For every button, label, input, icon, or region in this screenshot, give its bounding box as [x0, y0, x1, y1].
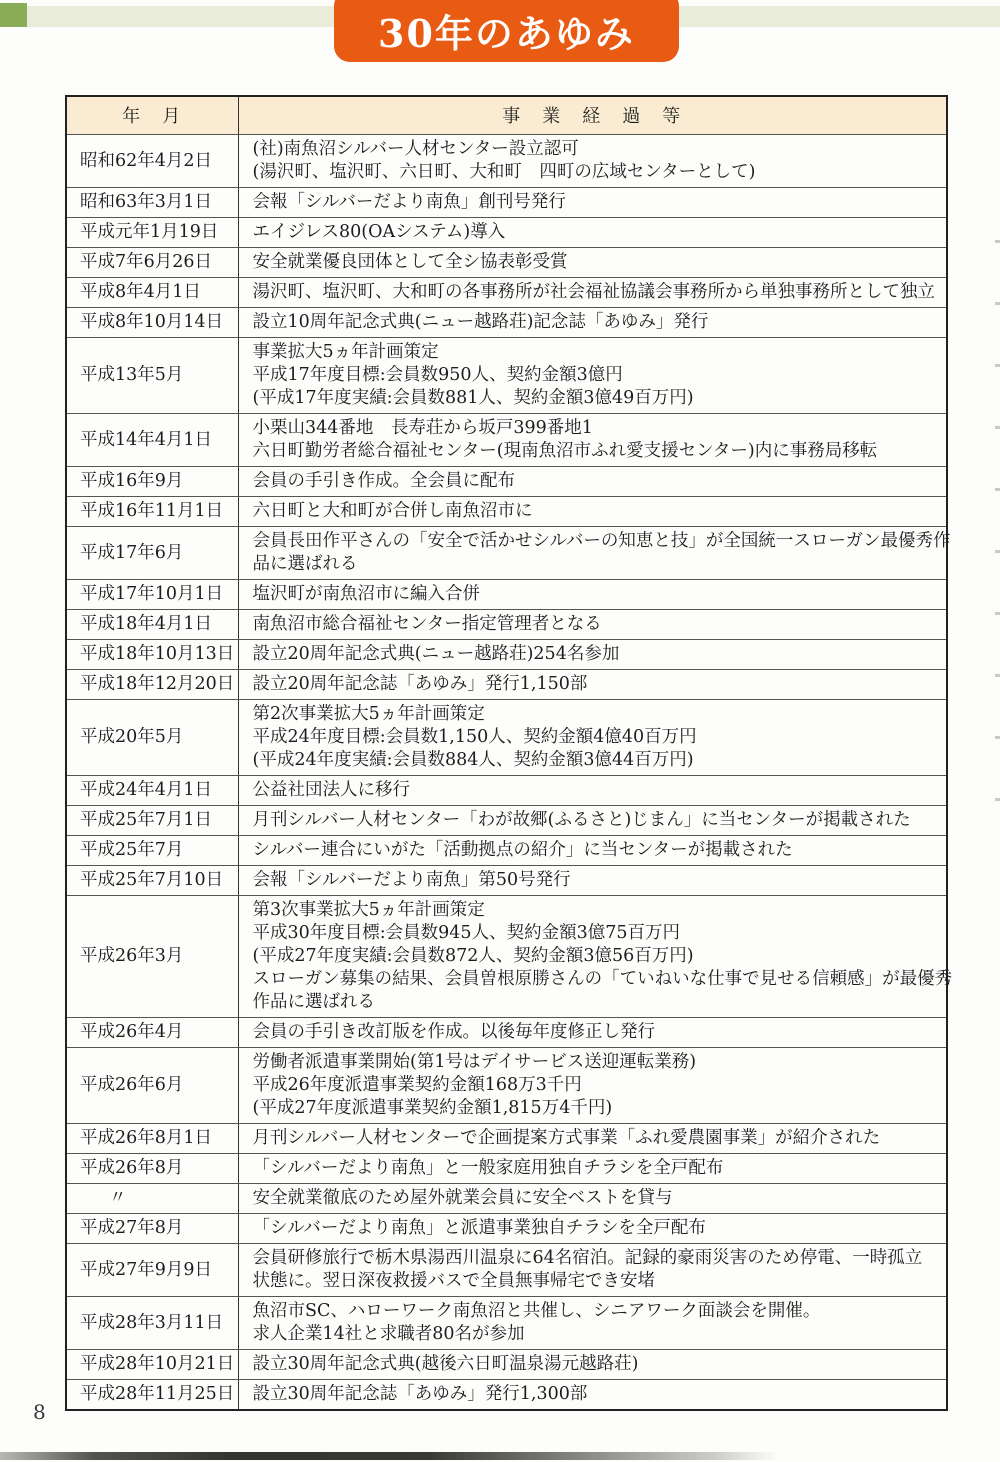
- table-row: 平成13年5月事業拡大5ヵ年計画策定平成17年度目標:会員数950人、契約金額3…: [66, 338, 947, 414]
- event-line: 会員の手引き作成。全会員に配布: [253, 470, 941, 493]
- date-cell: 平成17年6月: [66, 527, 238, 580]
- date-cell: 平成7年6月26日: [66, 248, 238, 278]
- history-table: 年 月 事 業 経 過 等 昭和62年4月2日(社)南魚沼シルバー人材センター設…: [65, 95, 948, 1411]
- event-cell: 月刊シルバー人材センターで企画提案方式事業「ふれ愛農園事業」が紹介された: [238, 1124, 947, 1154]
- event-line: 設立30周年記念誌「あゆみ」発行1,300部: [253, 1383, 941, 1406]
- event-cell: (社)南魚沼シルバー人材センター設立認可(湯沢町、塩沢町、六日町、大和町 四町の…: [238, 135, 947, 188]
- event-line: 公益社団法人に移行: [253, 779, 941, 802]
- table-row: 平成24年4月1日公益社団法人に移行: [66, 776, 947, 806]
- event-line: 平成24年度目標:会員数1,150人、契約金額4億40百万円: [253, 726, 941, 749]
- event-line: 会報「シルバーだより南魚」創刊号発行: [253, 191, 941, 214]
- event-cell: 「シルバーだより南魚」と派遣事業独自チラシを全戸配布: [238, 1214, 947, 1244]
- event-cell: 会員長田作平さんの「安全で活かせシルバーの知恵と技」が全国統一スローガン最優秀作…: [238, 527, 947, 580]
- event-cell: 第3次事業拡大5ヵ年計画策定平成30年度目標:会員数945人、契約金額3億75百…: [238, 896, 947, 1018]
- event-line: 設立20周年記念式典(ニュー越路荘)254名参加: [253, 643, 941, 666]
- date-cell: 平成20年5月: [66, 700, 238, 776]
- event-line: (湯沢町、塩沢町、六日町、大和町 四町の広域センターとして): [253, 161, 941, 184]
- table-row: 平成25年7月10日会報「シルバーだより南魚」第50号発行: [66, 866, 947, 896]
- table-row: 平成7年6月26日安全就業優良団体として全シ協表彰受賞: [66, 248, 947, 278]
- date-cell: 平成18年12月20日: [66, 670, 238, 700]
- event-cell: 会員の手引き作成。全会員に配布: [238, 467, 947, 497]
- scanned-document-page: { "page": { "title": "30年のあゆみ", "page_nu…: [0, 0, 1000, 1462]
- date-cell: 平成16年9月: [66, 467, 238, 497]
- date-cell: 平成8年4月1日: [66, 278, 238, 308]
- event-cell: 南魚沼市総合福祉センター指定管理者となる: [238, 610, 947, 640]
- table-row: 平成元年1月19日エイジレス80(OAシステム)導入: [66, 218, 947, 248]
- event-line: (平成27年度実績:会員数872人、契約金額3億56百万円): [253, 945, 941, 968]
- table-row: 平成25年7月シルバー連合にいがた「活動拠点の紹介」に当センターが掲載された: [66, 836, 947, 866]
- event-cell: エイジレス80(OAシステム)導入: [238, 218, 947, 248]
- date-cell: 平成18年10月13日: [66, 640, 238, 670]
- event-line: 「シルバーだより南魚」と派遣事業独自チラシを全戸配布: [253, 1217, 941, 1240]
- table-row: 平成25年7月1日月刊シルバー人材センター「わが故郷(ふるさと)じまん」に当セン…: [66, 806, 947, 836]
- page-number: 8: [33, 1400, 46, 1424]
- date-cell: 平成13年5月: [66, 338, 238, 414]
- table-row: 平成8年4月1日湯沢町、塩沢町、大和町の各事務所が社会福祉協議会事務所から単独事…: [66, 278, 947, 308]
- date-cell: 平成17年10月1日: [66, 580, 238, 610]
- event-cell: 設立30周年記念誌「あゆみ」発行1,300部: [238, 1380, 947, 1411]
- event-line: (平成24年度実績:会員数884人、契約金額3億44百万円): [253, 749, 941, 772]
- event-cell: 会報「シルバーだより南魚」第50号発行: [238, 866, 947, 896]
- date-cell: 平成25年7月10日: [66, 866, 238, 896]
- event-line: 会報「シルバーだより南魚」第50号発行: [253, 869, 941, 892]
- date-cell: 昭和63年3月1日: [66, 188, 238, 218]
- event-line: 第2次事業拡大5ヵ年計画策定: [253, 703, 941, 726]
- event-line: (平成17年度実績:会員数881人、契約金額3億49百万円): [253, 387, 941, 410]
- event-line: 六日町勤労者総合福祉センター(現南魚沼市ふれ愛支援センター)内に事務局移転: [253, 440, 941, 463]
- date-cell: 平成28年11月25日: [66, 1380, 238, 1411]
- date-cell-ditto: 〃: [66, 1184, 238, 1214]
- date-cell: 平成16年11月1日: [66, 497, 238, 527]
- table-row: 平成28年3月11日魚沼市SC、ハローワーク南魚沼と共催し、シニアワーク面談会を…: [66, 1297, 947, 1350]
- scan-bleed-marks: [995, 240, 1000, 820]
- table-row: 平成20年5月第2次事業拡大5ヵ年計画策定平成24年度目標:会員数1,150人、…: [66, 700, 947, 776]
- event-line: 会員長田作平さんの「安全で活かせシルバーの知恵と技」が全国統一スローガン最優秀作: [253, 530, 941, 553]
- event-line: 平成30年度目標:会員数945人、契約金額3億75百万円: [253, 922, 941, 945]
- event-line: 設立10周年記念式典(ニュー越路荘)記念誌「あゆみ」発行: [253, 311, 941, 334]
- event-line: 会員研修旅行で栃木県湯西川温泉に64名宿泊。記録的豪雨災害のため停電、一時孤立: [253, 1247, 941, 1270]
- event-line: 作品に選ばれる: [253, 991, 941, 1014]
- table-row: 〃安全就業徹底のため屋外就業会員に安全ベストを貸与: [66, 1184, 947, 1214]
- table-header-row: 年 月 事 業 経 過 等: [66, 96, 947, 135]
- date-cell: 昭和62年4月2日: [66, 135, 238, 188]
- date-cell: 平成8年10月14日: [66, 308, 238, 338]
- event-line: 魚沼市SC、ハローワーク南魚沼と共催し、シニアワーク面談会を開催。: [253, 1300, 941, 1323]
- table-row: 平成26年8月「シルバーだより南魚」と一般家庭用独自チラシを全戸配布: [66, 1154, 947, 1184]
- date-cell: 平成28年10月21日: [66, 1350, 238, 1380]
- date-cell: 平成14年4月1日: [66, 414, 238, 467]
- date-cell: 平成26年3月: [66, 896, 238, 1018]
- date-cell: 平成28年3月11日: [66, 1297, 238, 1350]
- date-cell: 平成25年7月1日: [66, 806, 238, 836]
- event-cell: 第2次事業拡大5ヵ年計画策定平成24年度目標:会員数1,150人、契約金額4億4…: [238, 700, 947, 776]
- event-line: 南魚沼市総合福祉センター指定管理者となる: [253, 613, 941, 636]
- date-cell: 平成27年8月: [66, 1214, 238, 1244]
- table-row: 平成16年11月1日六日町と大和町が合併し南魚沼市に: [66, 497, 947, 527]
- event-line: 設立20周年記念誌「あゆみ」発行1,150部: [253, 673, 941, 696]
- event-cell: 事業拡大5ヵ年計画策定平成17年度目標:会員数950人、契約金額3億円(平成17…: [238, 338, 947, 414]
- event-line: 小栗山344番地 長寿荘から坂戸399番地1: [253, 417, 941, 440]
- event-line: 会員の手引き改訂版を作成。以後毎年度修正し発行: [253, 1021, 941, 1044]
- header-date: 年 月: [66, 96, 238, 135]
- event-cell: 会員の手引き改訂版を作成。以後毎年度修正し発行: [238, 1018, 947, 1048]
- event-cell: 小栗山344番地 長寿荘から坂戸399番地1六日町勤労者総合福祉センター(現南魚…: [238, 414, 947, 467]
- event-line: 事業拡大5ヵ年計画策定: [253, 341, 941, 364]
- table-row: 平成17年6月会員長田作平さんの「安全で活かせシルバーの知恵と技」が全国統一スロ…: [66, 527, 947, 580]
- event-cell: 設立10周年記念式典(ニュー越路荘)記念誌「あゆみ」発行: [238, 308, 947, 338]
- date-cell: 平成25年7月: [66, 836, 238, 866]
- event-line: 塩沢町が南魚沼市に編入合併: [253, 583, 941, 606]
- event-cell: 設立30周年記念式典(越後六日町温泉湯元越路荘): [238, 1350, 947, 1380]
- date-cell: 平成18年4月1日: [66, 610, 238, 640]
- green-corner-square: [0, 3, 27, 27]
- date-cell: 平成26年8月: [66, 1154, 238, 1184]
- table-row: 平成27年9月9日会員研修旅行で栃木県湯西川温泉に64名宿泊。記録的豪雨災害のた…: [66, 1244, 947, 1297]
- event-line: (社)南魚沼シルバー人材センター設立認可: [253, 138, 941, 161]
- event-cell: 魚沼市SC、ハローワーク南魚沼と共催し、シニアワーク面談会を開催。求人企業14社…: [238, 1297, 947, 1350]
- event-cell: 公益社団法人に移行: [238, 776, 947, 806]
- date-cell: 平成26年6月: [66, 1048, 238, 1124]
- table-row: 平成16年9月会員の手引き作成。全会員に配布: [66, 467, 947, 497]
- table-row: 平成18年4月1日南魚沼市総合福祉センター指定管理者となる: [66, 610, 947, 640]
- event-line: シルバー連合にいがた「活動拠点の紹介」に当センターが掲載された: [253, 839, 941, 862]
- scan-edge-artifact: [0, 1452, 778, 1460]
- table-row: 平成18年12月20日設立20周年記念誌「あゆみ」発行1,150部: [66, 670, 947, 700]
- table-row: 平成28年10月21日設立30周年記念式典(越後六日町温泉湯元越路荘): [66, 1350, 947, 1380]
- table-row: 平成8年10月14日設立10周年記念式典(ニュー越路荘)記念誌「あゆみ」発行: [66, 308, 947, 338]
- event-line: エイジレス80(OAシステム)導入: [253, 221, 941, 244]
- table-row: 平成18年10月13日設立20周年記念式典(ニュー越路荘)254名参加: [66, 640, 947, 670]
- title-banner: 30年のあゆみ: [334, 0, 679, 62]
- date-cell: 平成24年4月1日: [66, 776, 238, 806]
- table-row: 平成17年10月1日塩沢町が南魚沼市に編入合併: [66, 580, 947, 610]
- date-cell: 平成26年4月: [66, 1018, 238, 1048]
- event-line: 月刊シルバー人材センターで企画提案方式事業「ふれ愛農園事業」が紹介された: [253, 1127, 941, 1150]
- date-cell: 平成26年8月1日: [66, 1124, 238, 1154]
- header-event: 事 業 経 過 等: [238, 96, 947, 135]
- table-row: 平成28年11月25日設立30周年記念誌「あゆみ」発行1,300部: [66, 1380, 947, 1411]
- table-row: 平成27年8月「シルバーだより南魚」と派遣事業独自チラシを全戸配布: [66, 1214, 947, 1244]
- table-row: 平成14年4月1日小栗山344番地 長寿荘から坂戸399番地1六日町勤労者総合福…: [66, 414, 947, 467]
- table-row: 平成26年4月会員の手引き改訂版を作成。以後毎年度修正し発行: [66, 1018, 947, 1048]
- event-cell: 「シルバーだより南魚」と一般家庭用独自チラシを全戸配布: [238, 1154, 947, 1184]
- event-cell: 塩沢町が南魚沼市に編入合併: [238, 580, 947, 610]
- event-cell: 六日町と大和町が合併し南魚沼市に: [238, 497, 947, 527]
- event-cell: 湯沢町、塩沢町、大和町の各事務所が社会福祉協議会事務所から単独事務所として独立: [238, 278, 947, 308]
- event-line: 安全就業徹底のため屋外就業会員に安全ベストを貸与: [253, 1187, 941, 1210]
- event-line: 平成26年度派遣事業契約金額168万3千円: [253, 1074, 941, 1097]
- event-line: 状態に。翌日深夜救援バスで全員無事帰宅でき安堵: [253, 1270, 941, 1293]
- event-line: 六日町と大和町が合併し南魚沼市に: [253, 500, 941, 523]
- event-line: 「シルバーだより南魚」と一般家庭用独自チラシを全戸配布: [253, 1157, 941, 1180]
- event-line: 月刊シルバー人材センター「わが故郷(ふるさと)じまん」に当センターが掲載された: [253, 809, 941, 832]
- event-cell: シルバー連合にいがた「活動拠点の紹介」に当センターが掲載された: [238, 836, 947, 866]
- table-row: 昭和62年4月2日(社)南魚沼シルバー人材センター設立認可(湯沢町、塩沢町、六日…: [66, 135, 947, 188]
- event-line: 求人企業14社と求職者80名が参加: [253, 1323, 941, 1346]
- page-title: 30年のあゆみ: [378, 15, 635, 53]
- event-line: 設立30周年記念式典(越後六日町温泉湯元越路荘): [253, 1353, 941, 1376]
- date-cell: 平成元年1月19日: [66, 218, 238, 248]
- event-line: (平成27年度派遣事業契約金額1,815万4千円): [253, 1097, 941, 1120]
- event-line: 平成17年度目標:会員数950人、契約金額3億円: [253, 364, 941, 387]
- event-line: スローガン募集の結果、会員曽根原勝さんの「ていねいな仕事で見せる信頼感」が最優秀: [253, 968, 941, 991]
- event-cell: 設立20周年記念式典(ニュー越路荘)254名参加: [238, 640, 947, 670]
- date-cell: 平成27年9月9日: [66, 1244, 238, 1297]
- event-cell: 労働者派遣事業開始(第1号はデイサービス送迎運転業務)平成26年度派遣事業契約金…: [238, 1048, 947, 1124]
- event-line: 労働者派遣事業開始(第1号はデイサービス送迎運転業務): [253, 1051, 941, 1074]
- table-row: 平成26年8月1日月刊シルバー人材センターで企画提案方式事業「ふれ愛農園事業」が…: [66, 1124, 947, 1154]
- event-cell: 設立20周年記念誌「あゆみ」発行1,150部: [238, 670, 947, 700]
- event-line: 品に選ばれる: [253, 553, 941, 576]
- event-cell: 安全就業徹底のため屋外就業会員に安全ベストを貸与: [238, 1184, 947, 1214]
- event-line: 安全就業優良団体として全シ協表彰受賞: [253, 251, 941, 274]
- table-row: 平成26年3月第3次事業拡大5ヵ年計画策定平成30年度目標:会員数945人、契約…: [66, 896, 947, 1018]
- table-row: 平成26年6月労働者派遣事業開始(第1号はデイサービス送迎運転業務)平成26年度…: [66, 1048, 947, 1124]
- event-line: 湯沢町、塩沢町、大和町の各事務所が社会福祉協議会事務所から単独事務所として独立: [253, 281, 941, 304]
- event-line: 第3次事業拡大5ヵ年計画策定: [253, 899, 941, 922]
- event-cell: 月刊シルバー人材センター「わが故郷(ふるさと)じまん」に当センターが掲載された: [238, 806, 947, 836]
- event-cell: 安全就業優良団体として全シ協表彰受賞: [238, 248, 947, 278]
- table-row: 昭和63年3月1日会報「シルバーだより南魚」創刊号発行: [66, 188, 947, 218]
- event-cell: 会報「シルバーだより南魚」創刊号発行: [238, 188, 947, 218]
- event-cell: 会員研修旅行で栃木県湯西川温泉に64名宿泊。記録的豪雨災害のため停電、一時孤立状…: [238, 1244, 947, 1297]
